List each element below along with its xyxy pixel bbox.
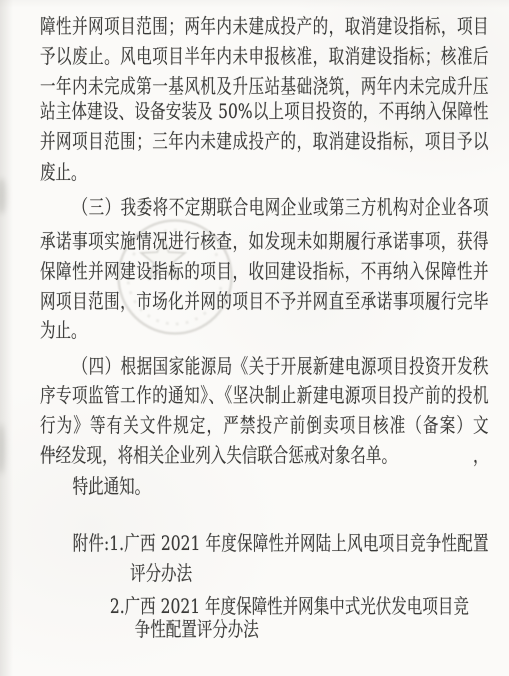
attachment-line: 争性配置评分办法: [40, 614, 489, 644]
text-line: 废止。: [40, 157, 489, 187]
text-line: 网项目范围，市场化并网的项目不予并网直至承诺事项履行完毕: [40, 286, 489, 316]
text-line: 行为》等有关文件规定，严禁投产前倒卖项目核准（备案）文件，: [40, 410, 489, 440]
text-line: 为止。: [40, 315, 489, 345]
text-line: 序专项监管工作的通知》、《坚决制止新建电源项目投产前的投机: [40, 380, 489, 410]
text-line: 保障性并网建设指标的项目，收回建设指标，不再纳入保障性并: [40, 256, 489, 286]
text-line: 承诺事项实施情况进行核查，如发现未如期履行承诺事项，获得: [40, 226, 489, 256]
closing-line: 特此通知。: [40, 471, 489, 501]
text-line: 予以废止。风电项目半年内未申报核准，取消建设指标；核准后: [40, 41, 489, 71]
document-page: 障性并网项目范围；两年内未建成投产的，取消建设指标，项目 予以废止。风电项目半年…: [0, 0, 509, 676]
scan-smudge: [0, 178, 6, 214]
text-line: （四）根据国家能源局《关于开展新建电源项目投资开发秩: [40, 351, 489, 381]
text-line: （三）我委将不定期联合电网企业或第三方机构对企业各项: [40, 192, 489, 222]
attachment-line: 附件:1.广西 2021 年度保障性并网陆上风电项目竞争性配置: [40, 528, 489, 558]
scan-smudge: [0, 424, 5, 474]
text-line: 并网项目范围；三年内未建成投产的，取消建设指标，项目予以: [40, 126, 489, 156]
text-line: 一经发现，将相关企业列入失信联合惩戒对象名单。: [40, 440, 489, 470]
text-line: 障性并网项目范围；两年内未建成投产的，取消建设指标，项目: [40, 11, 489, 41]
attachment-line: 评分办法: [40, 558, 489, 588]
text-line: 站主体建设、设备安装及 50%以上项目投资的，不再纳入保障性: [40, 96, 489, 126]
document-text: 障性并网项目范围；两年内未建成投产的，取消建设指标，项目 予以废止。风电项目半年…: [40, 0, 489, 676]
